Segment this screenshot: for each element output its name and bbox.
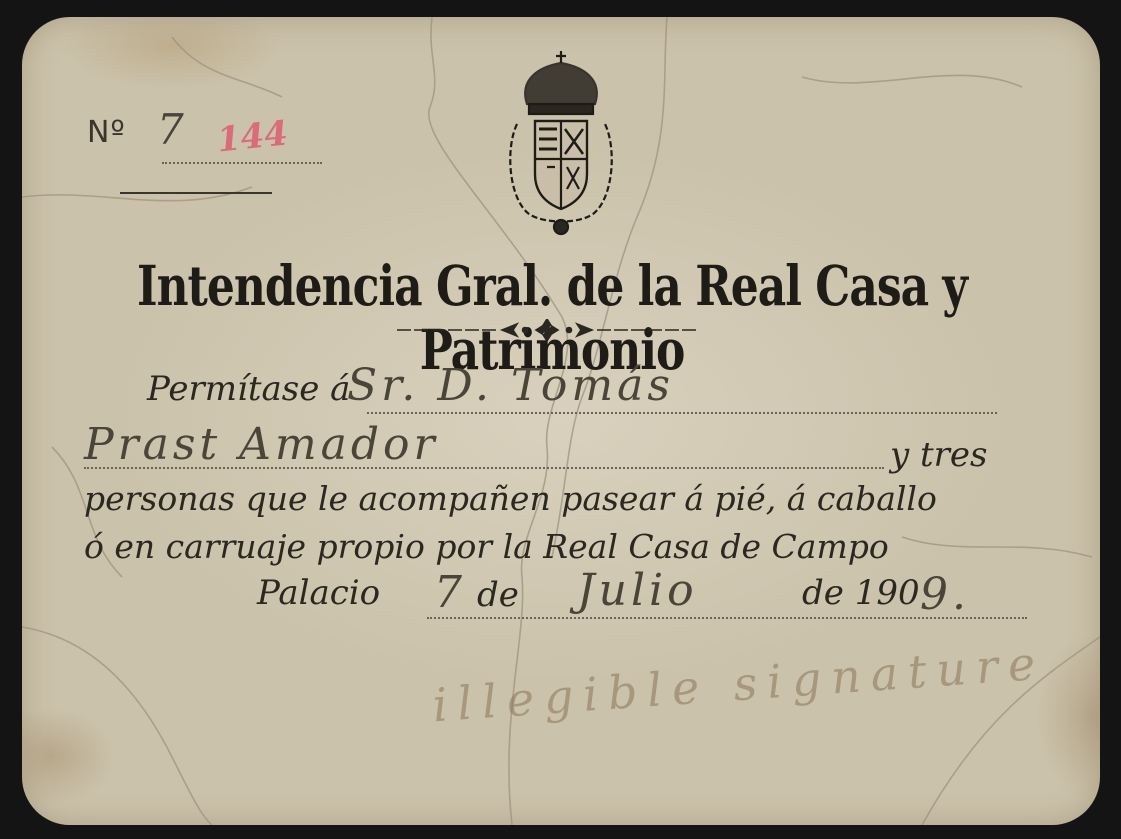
date-year-printed: de 190	[802, 573, 920, 613]
permit-card: Nº 7 144 Intendencia Gral. de la Real Ca…	[22, 17, 1100, 825]
number-label: Nº	[87, 115, 126, 150]
companions-count-text: y tres	[890, 435, 988, 475]
dotted-line-2	[84, 467, 884, 469]
permit-text-line3: personas que le acompañen pasear á pié, …	[84, 479, 937, 518]
date-place: Palacio	[257, 573, 380, 613]
date-month: Julio	[577, 565, 698, 616]
date-day: 7	[434, 567, 466, 618]
permit-text-line4: ó en carruaje propio por la Real Casa de…	[84, 527, 889, 566]
number-dotted-line	[162, 162, 322, 164]
number-underline	[120, 192, 272, 194]
royal-coat-of-arms-icon	[499, 49, 623, 239]
number-stamp: 144	[215, 113, 290, 160]
dotted-line-1	[367, 412, 997, 414]
date-year-digit: 9.	[920, 569, 970, 620]
number-handwritten: 7	[157, 105, 184, 154]
recipient-title-name: Sr. D. Tomás	[347, 360, 674, 411]
permit-text-line1: Permítase á	[147, 369, 350, 409]
date-de-1: de	[477, 575, 519, 615]
recipient-surname: Prast Amador	[84, 419, 439, 470]
heading-ornament-divider	[397, 319, 697, 341]
